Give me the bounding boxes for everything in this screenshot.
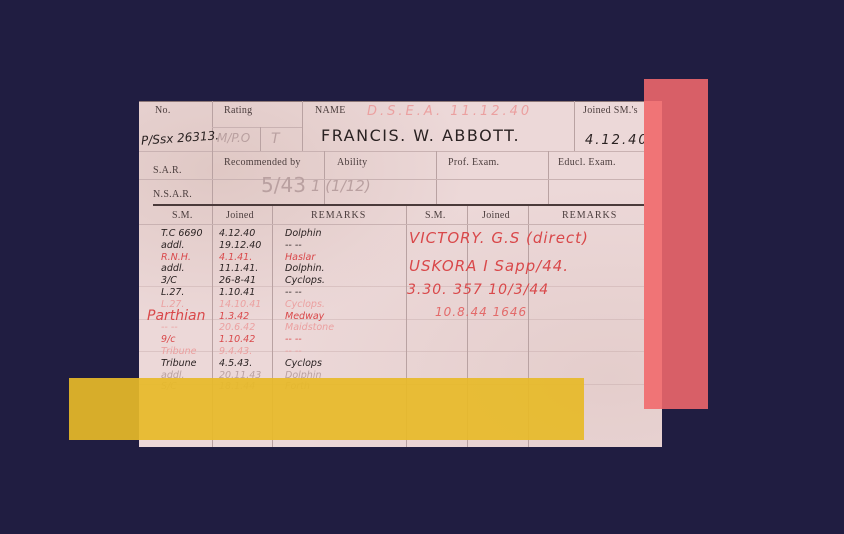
divider bbox=[574, 101, 575, 151]
row-remarks: Cyclops bbox=[285, 358, 322, 369]
row-remarks: -- -- bbox=[285, 287, 302, 298]
row-sm: Tribune bbox=[161, 358, 197, 369]
divider bbox=[212, 101, 213, 151]
label-rating: Rating bbox=[224, 105, 252, 116]
row-joined: 14.10.41 bbox=[219, 299, 261, 310]
row-remarks: Dolphin bbox=[285, 228, 321, 239]
row-remarks: Dolphin. bbox=[285, 263, 325, 274]
divider bbox=[302, 101, 303, 151]
row-joined: 9.4.43. bbox=[219, 346, 252, 357]
label-no: No. bbox=[155, 105, 171, 116]
label-sar: S.A.R. bbox=[153, 165, 182, 176]
row-sm: L.27. bbox=[161, 287, 184, 298]
row-sm: T.C 6690 bbox=[161, 228, 203, 239]
row-joined: 1.10.41 bbox=[219, 287, 255, 298]
label-educ-exam: Educl. Exam. bbox=[558, 157, 616, 168]
row-sm: R.N.H. bbox=[161, 252, 191, 263]
row-remarks: -- -- bbox=[285, 240, 302, 251]
col-header-joined: Joined bbox=[226, 210, 254, 221]
name-annotation: D.S.E.A. 11.12.40 bbox=[367, 104, 532, 119]
row-joined: 20.6.42 bbox=[219, 322, 255, 333]
label-prof-exam: Prof. Exam. bbox=[448, 157, 499, 168]
row-remarks: -- -- bbox=[285, 334, 302, 345]
rating-value: M/P.O bbox=[217, 131, 250, 145]
row-joined: 4.1.41. bbox=[219, 252, 252, 263]
row-remarks: Cyclops. bbox=[285, 299, 325, 310]
row-joined: 4.12.40 bbox=[219, 228, 255, 239]
right-annotation: VICTORY. G.S (direct) bbox=[409, 229, 589, 247]
row-sm: Tribune bbox=[161, 346, 197, 357]
label-joined-sms: Joined SM.'s bbox=[583, 105, 638, 116]
row-sm: 3/C bbox=[161, 275, 177, 286]
label-ability: Ability bbox=[337, 157, 367, 168]
right-annotation: 3.30. 357 10/3/44 bbox=[407, 282, 549, 298]
row-remarks: Cyclops. bbox=[285, 275, 325, 286]
row-joined: 1.3.42 bbox=[219, 311, 249, 322]
sailor-name: FRANCIS. W. ABBOTT. bbox=[321, 126, 520, 145]
row-sm: Parthian bbox=[147, 308, 205, 324]
recommended-extra: 1 (1/12) bbox=[311, 177, 371, 195]
rating-extra: T bbox=[271, 131, 280, 147]
red-accent-overlap bbox=[644, 101, 662, 409]
divider bbox=[153, 204, 662, 206]
recommended-value: 5/43 bbox=[261, 173, 306, 197]
row-remarks: -- -- bbox=[285, 346, 302, 357]
service-number: P/Ssx 26313. bbox=[141, 128, 220, 147]
row-joined: 11.1.41. bbox=[219, 263, 258, 274]
row-remarks: Medway bbox=[285, 311, 324, 322]
row-joined: 19.12.40 bbox=[219, 240, 261, 251]
yellow-accent-bar bbox=[69, 378, 584, 440]
divider bbox=[139, 151, 662, 152]
label-nsar: N.S.A.R. bbox=[153, 189, 192, 200]
label-name: NAME bbox=[315, 105, 346, 116]
joined-sms-value: 4.12.40 bbox=[585, 133, 649, 148]
label-recommended-by: Recommended by bbox=[224, 157, 301, 168]
col-header-sm-right: S.M. bbox=[425, 210, 446, 221]
row-sm: addl. bbox=[161, 263, 185, 274]
row-sm: 9/c bbox=[161, 334, 175, 345]
row-joined: 26-8-41 bbox=[219, 275, 256, 286]
col-header-joined-right: Joined bbox=[482, 210, 510, 221]
right-annotation: 10.8.44 1646 bbox=[435, 305, 527, 319]
row-joined: 4.5.43. bbox=[219, 358, 252, 369]
row-sm: -- -- bbox=[161, 322, 178, 333]
col-header-remarks: REMARKS bbox=[311, 210, 366, 221]
col-header-sm: S.M. bbox=[172, 210, 193, 221]
col-header-remarks-right: REMARKS bbox=[562, 210, 617, 221]
row-joined: 1.10.42 bbox=[219, 334, 255, 345]
right-annotation: USKORA I Sapp/44. bbox=[409, 257, 569, 275]
row-remarks: Haslar bbox=[285, 252, 315, 263]
row-sm: addl. bbox=[161, 240, 185, 251]
row-remarks: Maidstone bbox=[285, 322, 334, 333]
